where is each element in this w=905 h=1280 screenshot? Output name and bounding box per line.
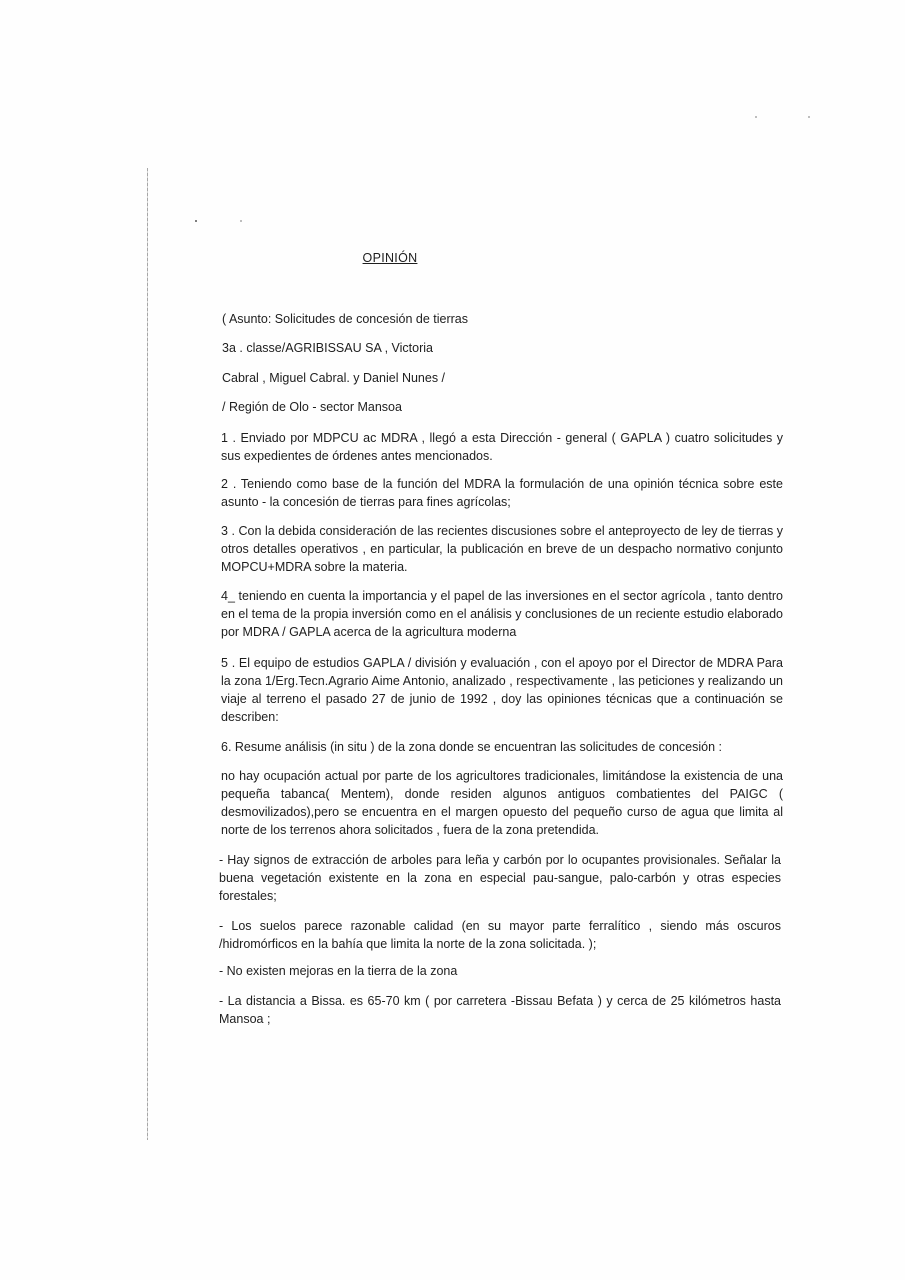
paragraph-tree-extraction: - Hay signos de extracción de arboles pa… xyxy=(219,851,781,905)
paragraph-site-occupation: no hay ocupación actual por parte de los… xyxy=(221,767,783,839)
scan-speck xyxy=(240,220,242,222)
left-margin-line xyxy=(147,168,148,1140)
paragraph-2: 2 . Teniendo como base de la función del… xyxy=(221,475,783,511)
subject-line: / Región de Olo - sector Mansoa xyxy=(222,399,402,415)
scan-speck xyxy=(808,116,810,118)
paragraph-distance: - La distancia a Bissa. es 65-70 km ( po… xyxy=(219,992,781,1028)
subject-line: Cabral , Miguel Cabral. y Daniel Nunes / xyxy=(222,370,445,386)
subject-line: ( Asunto: Solicitudes de concesión de ti… xyxy=(222,311,468,327)
paragraph-4: 4_ teniendo en cuenta la importancia y e… xyxy=(221,587,783,641)
paragraph-1: 1 . Enviado por MDPCU ac MDRA , llegó a … xyxy=(221,429,783,465)
paragraph-6: 6. Resume análisis (in situ ) de la zona… xyxy=(221,738,783,756)
paragraph-no-improvements: - No existen mejoras en la tierra de la … xyxy=(219,962,781,980)
paragraph-soils: - Los suelos parece razonable calidad (e… xyxy=(219,917,781,953)
paragraph-5: 5 . El equipo de estudios GAPLA / divisi… xyxy=(221,654,783,726)
scan-speck xyxy=(195,220,197,222)
scan-speck xyxy=(755,116,757,118)
paragraph-3: 3 . Con la debida consideración de las r… xyxy=(221,522,783,576)
document-page: OPINIÓN ( Asunto: Solicitudes de concesi… xyxy=(0,0,905,1280)
subject-line: 3a . classe/AGRIBISSAU SA , Victoria xyxy=(222,340,433,356)
document-title: OPINIÓN xyxy=(0,251,780,265)
